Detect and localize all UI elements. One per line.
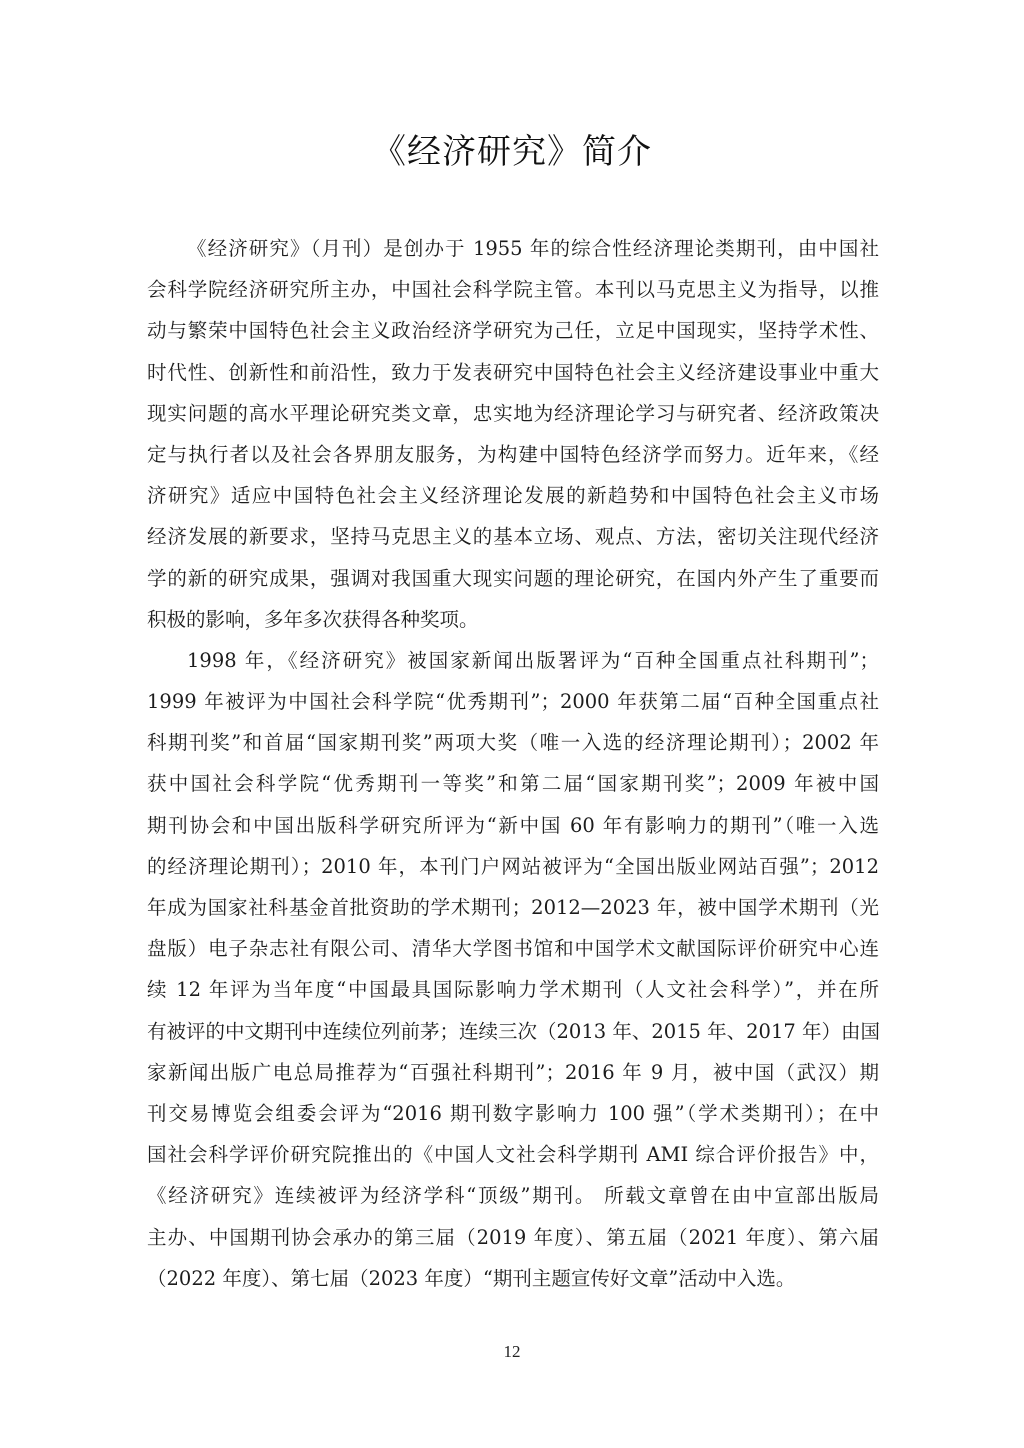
text-line: 时代性、创新性和前沿性，致力于发表研究中国特色社会主义经济建设事业中重大 (147, 352, 879, 393)
text-line: 1998 年，《经济研究》被国家新闻出版署评为“百种全国重点社科期刊”； (147, 640, 879, 681)
text-line: 刊交易博览会组委会评为“2016 期刊数字影响力 100 强”（学术类期刊）；在… (147, 1093, 879, 1134)
text-line: 学的新的研究成果，强调对我国重大现实问题的理论研究，在国内外产生了重要而 (147, 558, 879, 599)
text-line: 定与执行者以及社会各界朋友服务，为构建中国特色经济学而努力。近年来，《经 (147, 434, 879, 475)
text-line: 科期刊奖”和首届“国家期刊奖”两项大奖（唯一入选的经济理论期刊）；2002 年 (147, 722, 879, 763)
page-number: 12 (0, 1342, 1024, 1362)
text-line: 现实问题的高水平理论研究类文章，忠实地为经济理论学习与研究者、经济政策决 (147, 393, 879, 434)
text-line: 积极的影响，多年多次获得各种奖项。 (147, 599, 879, 640)
text-line: 济研究》适应中国特色社会主义经济理论发展的新趋势和中国特色社会主义市场 (147, 475, 879, 516)
text-line: 盘版）电子杂志社有限公司、清华大学图书馆和中国学术文献国际评价研究中心连 (147, 928, 879, 969)
text-line: 期刊协会和中国出版科学研究所评为“新中国 60 年有影响力的期刊”（唯一入选 (147, 805, 879, 846)
text-line: 1999 年被评为中国社会科学院“优秀期刊”；2000 年获第二届“百种全国重点… (147, 681, 879, 722)
document-page: 《经济研究》简介 《经济研究》（月刊）是创办于 1955 年的综合性经济理论类期… (0, 0, 1024, 1448)
text-line: （2022 年度）、第七届（2023 年度）“期刊主题宣传好文章”活动中入选。 (147, 1258, 879, 1299)
text-line: 有被评的中文期刊中连续位列前茅；连续三次（2013 年、2015 年、2017 … (147, 1011, 879, 1052)
document-body: 《经济研究》（月刊）是创办于 1955 年的综合性经济理论类期刊，由中国社 会科… (147, 228, 879, 1299)
text-line: 国社会科学评价研究院推出的《中国人文社会科学期刊 AMI 综合评价报告》中， (147, 1134, 879, 1175)
text-line: 《经济研究》连续被评为经济学科“顶级”期刊。 所载文章曾在由中宣部出版局 (147, 1175, 879, 1216)
text-line: 会科学院经济研究所主办，中国社会科学院主管。本刊以马克思主义为指导，以推 (147, 269, 879, 310)
text-line: 年成为国家社科基金首批资助的学术期刊；2012—2023 年，被中国学术期刊（光 (147, 887, 879, 928)
text-line: 续 12 年评为当年度“中国最具国际影响力学术期刊（人文社会科学）”，并在所 (147, 969, 879, 1010)
text-line: 经济发展的新要求，坚持马克思主义的基本立场、观点、方法，密切关注现代经济 (147, 516, 879, 557)
text-line: 家新闻出版广电总局推荐为“百强社科期刊”；2016 年 9 月，被中国（武汉）期 (147, 1052, 879, 1093)
text-line: 动与繁荣中国特色社会主义政治经济学研究为己任，立足中国现实，坚持学术性、 (147, 310, 879, 351)
text-line: 主办、中国期刊协会承办的第三届（2019 年度）、第五届（2021 年度）、第六… (147, 1217, 879, 1258)
text-line: 《经济研究》（月刊）是创办于 1955 年的综合性经济理论类期刊，由中国社 (147, 228, 879, 269)
paragraph-intro: 《经济研究》（月刊）是创办于 1955 年的综合性经济理论类期刊，由中国社 会科… (147, 228, 879, 640)
page-title: 《经济研究》简介 (0, 128, 1024, 176)
paragraph-awards: 1998 年，《经济研究》被国家新闻出版署评为“百种全国重点社科期刊”； 199… (147, 640, 879, 1299)
text-line: 的经济理论期刊）；2010 年，本刊门户网站被评为“全国出版业网站百强”；201… (147, 846, 879, 887)
text-line: 获中国社会科学院“优秀期刊一等奖”和第二届“国家期刊奖”；2009 年被中国 (147, 763, 879, 804)
